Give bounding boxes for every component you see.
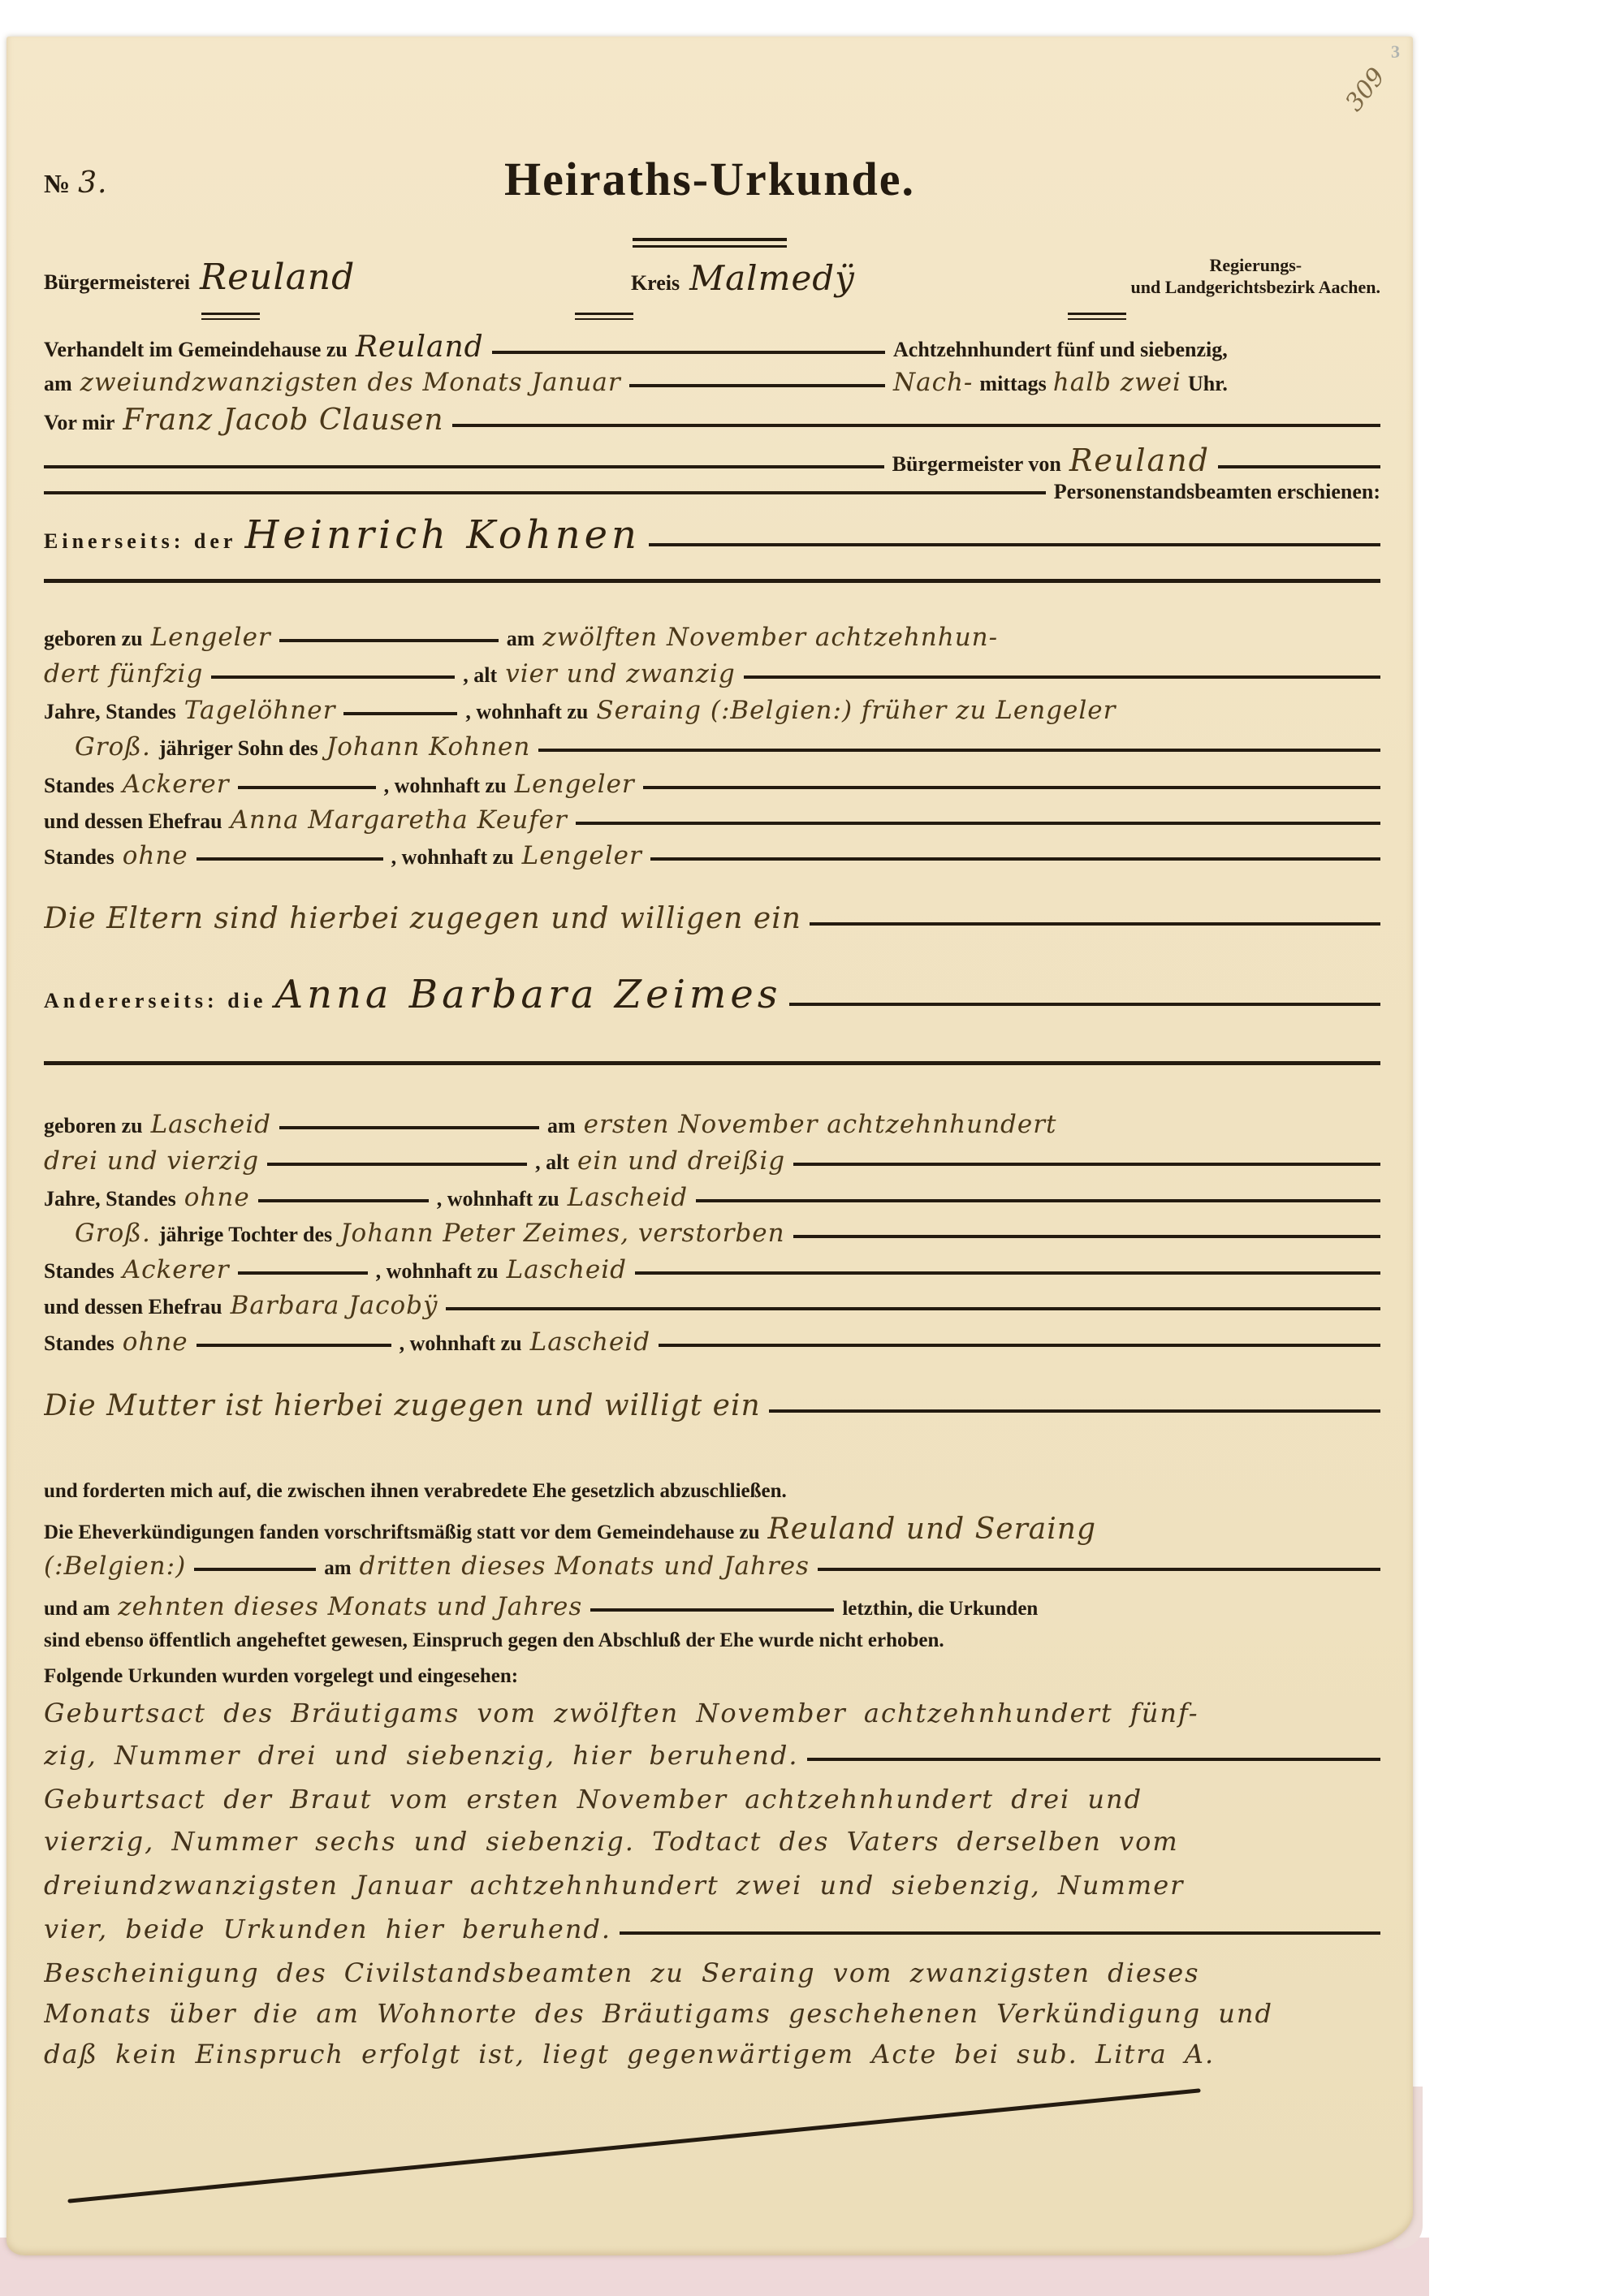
- region-line2: und Landgerichtsbezirk Aachen.: [1131, 276, 1380, 298]
- fill-line: [789, 972, 1380, 1006]
- daughter-label: jährige Tochter des: [159, 1223, 332, 1247]
- am-label: am: [324, 1557, 351, 1580]
- bride-father-row: Groß. jährige Tochter des Johann Peter Z…: [44, 1219, 1380, 1248]
- document-line-text: Bescheinigung des Civilstandsbeamten zu …: [44, 1957, 1200, 1988]
- fill-line: [1218, 442, 1380, 468]
- banns-date1: dritten dieses Monats und Jahres: [360, 1552, 810, 1581]
- banns-date2: zehnten dieses Monats und Jahres: [118, 1592, 582, 1621]
- bride-mother-name: Barbara Jacobÿ: [231, 1291, 438, 1320]
- fill-line: [279, 1110, 539, 1129]
- negotiated-place: Reuland: [356, 330, 484, 364]
- banns-places: Reuland und Seraing: [768, 1513, 1097, 1546]
- banns-date2-row: und am zehnten dieses Monats und Jahres …: [44, 1592, 1380, 1621]
- uhr-label: Uhr.: [1188, 372, 1228, 396]
- bride-father-name: Johann Peter Zeimes, verstorben: [340, 1219, 784, 1248]
- groom-name-row: Einerseits: der Heinrich Kohnen: [44, 512, 1380, 558]
- document-line-text: Monats über die am Wohnorte des Bräutiga…: [44, 1998, 1273, 2029]
- fill-line: [793, 1219, 1380, 1238]
- time-prefix: Nach-: [893, 368, 973, 397]
- fill-line: [620, 1914, 1380, 1935]
- mother-consent-row: Die Mutter ist hierbei zugegen und willi…: [44, 1389, 1380, 1422]
- mayor-of-label: Bürgermeister von: [892, 452, 1061, 477]
- bride-residence: Lascheid: [568, 1183, 688, 1212]
- bride-side-label: Andererseits: die: [44, 989, 266, 1013]
- document-line-text: dreiundzwanzigsten Januar achtzehnhunder…: [44, 1870, 1184, 1901]
- wohnhaft-label: , wohnhaft zu: [376, 1259, 499, 1284]
- son-label: jähriger Sohn des: [159, 736, 318, 761]
- request-row: und forderten mich auf, die zwischen ihn…: [44, 1480, 1380, 1503]
- bride-mother-row: und dessen Ehefrau Barbara Jacobÿ: [44, 1291, 1380, 1320]
- fill-line: [744, 659, 1380, 679]
- no-objection-text: sind ebenso öffentlich angeheftet gewese…: [44, 1629, 944, 1652]
- fill-line: [343, 696, 457, 715]
- fill-line: [197, 1327, 391, 1347]
- bride-name: Anna Barbara Zeimes: [274, 972, 781, 1017]
- wohnhaft-label: , wohnhaft zu: [437, 1187, 559, 1211]
- jahre-standes-label: Jahre, Standes: [44, 700, 176, 724]
- fill-line: [649, 512, 1380, 546]
- county-value: Malmedÿ: [689, 258, 855, 298]
- am-label: am: [507, 627, 535, 651]
- banns-row: Die Eheverkündigungen fanden vorschrifts…: [44, 1513, 1380, 1546]
- fill-line: [659, 1327, 1380, 1347]
- fill-line: [279, 623, 499, 642]
- mother-consent-text: Die Mutter ist hierbei zugegen und willi…: [44, 1389, 761, 1422]
- fill-line: [696, 1183, 1380, 1202]
- fill-line: [590, 1592, 834, 1612]
- bride-born-row: geboren zu Lascheid am ersten November a…: [44, 1110, 1380, 1139]
- closing-stroke: [55, 2065, 1241, 2211]
- fill-line: [44, 480, 1046, 494]
- fill-line: [194, 1552, 316, 1571]
- groom-gross: Groß.: [75, 732, 151, 762]
- rule-line: [44, 579, 1380, 583]
- alt-label: , alt: [535, 1150, 569, 1175]
- groom-father-occupation: Ackerer: [123, 770, 230, 799]
- am-label: am: [44, 372, 72, 396]
- fill-line: [576, 805, 1380, 825]
- standes-label: Standes: [44, 845, 114, 870]
- fill-line: [635, 1255, 1380, 1275]
- wohnhaft-label: , wohnhaft zu: [400, 1331, 522, 1356]
- fill-line: [452, 404, 1380, 427]
- standes-label: Standes: [44, 774, 114, 798]
- page-title: Heiraths-Urkunde.: [6, 152, 1413, 206]
- county-underline: [575, 313, 633, 320]
- document-line: vier, beide Urkunden hier beruhend.: [44, 1914, 1380, 1944]
- bride-mother-occupation-row: Standes ohne , wohnhaft zu Lascheid: [44, 1327, 1380, 1357]
- county-group: Kreis Malmedÿ: [631, 258, 855, 298]
- mittags-label: mittags: [979, 372, 1046, 396]
- bride-born-date1: ersten November achtzehnhundert: [584, 1110, 1057, 1139]
- standes-label: Standes: [44, 1331, 114, 1356]
- bride-mother-standes: ohne: [123, 1327, 188, 1357]
- fill-line: [238, 770, 376, 789]
- groom-mother-occupation-row: Standes ohne , wohnhaft zu Lengeler: [44, 841, 1380, 870]
- district-group: Bürgermeisterei Reuland: [44, 257, 355, 298]
- groom-father-residence: Lengeler: [515, 770, 635, 799]
- document-line: dreiundzwanzigsten Januar achtzehnhunder…: [44, 1870, 1380, 1901]
- bride-born-place: Lascheid: [151, 1110, 271, 1139]
- groom-side-label: Einerseits: der: [44, 529, 236, 554]
- district-underline: [201, 313, 260, 320]
- ehefrau-label: und dessen Ehefrau: [44, 1295, 222, 1319]
- bride-name-row: Andererseits: die Anna Barbara Zeimes: [44, 972, 1380, 1017]
- letzthin-label: letzthin, die Urkunden: [842, 1598, 1038, 1621]
- fill-line: [238, 1255, 368, 1275]
- before-me-label: Vor mir: [44, 411, 114, 435]
- document-line-text: vierzig, Nummer sechs und siebenzig. Tod…: [44, 1826, 1179, 1857]
- mayor-row: Bürgermeister von Reuland: [44, 442, 1380, 478]
- groom-mother-residence: Lengeler: [522, 841, 642, 870]
- appeared-row: Personenstandsbeamten erschienen:: [44, 480, 1380, 504]
- groom-born-row: geboren zu Lengeler am zwölften November…: [44, 623, 1380, 652]
- fill-line: [446, 1291, 1380, 1310]
- bride-age: ein und dreißig: [577, 1146, 785, 1176]
- corner-digit: 3: [1391, 41, 1400, 63]
- registrar-name: Franz Jacob Clausen: [123, 404, 443, 437]
- groom-age: vier und zwanzig: [505, 659, 735, 688]
- parents-consent-row: Die Eltern sind hierbei zugegen und will…: [44, 902, 1380, 935]
- am-label: am: [547, 1114, 576, 1138]
- groom-residence: Seraing (:Belgien:) früher zu Lengeler: [596, 696, 1116, 725]
- bride-occupation: ohne: [184, 1183, 250, 1212]
- wohnhaft-label: , wohnhaft zu: [384, 774, 507, 798]
- document-line-text: Geburtsact der Braut vom ersten November…: [44, 1784, 1142, 1815]
- negotiated-row: Verhandelt im Gemeindehause zu Reuland A…: [44, 330, 1380, 364]
- banns-printed: Die Eheverkündigungen fanden vorschrifts…: [44, 1521, 760, 1544]
- ehefrau-label: und dessen Ehefrau: [44, 809, 222, 834]
- jahre-standes-label: Jahre, Standes: [44, 1187, 176, 1211]
- document-line: Monats über die am Wohnorte des Bräutiga…: [44, 1998, 1380, 2029]
- document-line: vierzig, Nummer sechs und siebenzig. Tod…: [44, 1826, 1380, 1857]
- bride-gross: Groß.: [75, 1219, 151, 1248]
- bride-father-residence: Lascheid: [507, 1255, 627, 1284]
- district-label: Bürgermeisterei: [44, 270, 190, 295]
- fill-line: [267, 1146, 527, 1166]
- region-line1: Regierungs-: [1131, 254, 1380, 276]
- mayor-of-place: Reuland: [1069, 442, 1210, 478]
- groom-occupation: Tagelöhner: [184, 696, 336, 725]
- groom-father-occupation-row: Standes Ackerer , wohnhaft zu Lengeler: [44, 770, 1380, 799]
- title-underline: [633, 238, 787, 248]
- negotiated-label: Verhandelt im Gemeindehause zu: [44, 338, 348, 362]
- born-label: geboren zu: [44, 627, 143, 651]
- document-line: Geburtsact der Braut vom ersten November…: [44, 1784, 1380, 1815]
- banns-date1-row: (:Belgien:) am dritten dieses Monats und…: [44, 1552, 1380, 1581]
- fill-line: [807, 1740, 1380, 1761]
- fill-line: [629, 368, 885, 387]
- rule-line: [44, 1061, 1380, 1065]
- groom-occupation-row: Jahre, Standes Tagelöhner , wohnhaft zu …: [44, 696, 1380, 725]
- fill-line: [650, 841, 1380, 861]
- region-underline: [1068, 313, 1126, 320]
- born-label: geboren zu: [44, 1114, 143, 1138]
- groom-mother-name: Anna Margaretha Keufer: [231, 805, 568, 835]
- und-am-label: und am: [44, 1598, 110, 1621]
- no-objection-row: sind ebenso öffentlich angeheftet gewese…: [44, 1629, 1380, 1652]
- bride-father-occupation-row: Standes Ackerer , wohnhaft zu Lascheid: [44, 1255, 1380, 1284]
- standes-label: Standes: [44, 1259, 114, 1284]
- fill-line: [44, 442, 884, 468]
- groom-born-date1: zwölften November achtzehnhun-: [542, 623, 998, 652]
- document-line: zig, Nummer drei und siebenzig, hier ber…: [44, 1740, 1380, 1771]
- county-label: Kreis: [631, 271, 680, 296]
- district-value: Reuland: [200, 257, 355, 298]
- header-row: Bürgermeisterei Reuland Kreis Malmedÿ Re…: [44, 254, 1380, 298]
- groom-mother-row: und dessen Ehefrau Anna Margaretha Keufe…: [44, 805, 1380, 835]
- year-text: Achtzehnhundert fünf und siebenzig,: [893, 338, 1380, 362]
- request-text: und forderten mich auf, die zwischen ihn…: [44, 1480, 787, 1503]
- groom-born-date2: dert fünfzig: [44, 659, 203, 688]
- bride-occupation-row: Jahre, Standes ohne , wohnhaft zu Lasche…: [44, 1183, 1380, 1212]
- wohnhaft-label: , wohnhaft zu: [465, 700, 588, 724]
- document-line: Geburtsact des Bräutigams vom zwölften N…: [44, 1698, 1380, 1728]
- fill-line: [258, 1183, 429, 1202]
- appeared-label: Personenstandsbeamten erschienen:: [1054, 480, 1380, 504]
- groom-father-row: Groß. jähriger Sohn des Johann Kohnen: [44, 732, 1380, 762]
- fill-line: [211, 659, 455, 679]
- bride-age-row: drei und vierzig , alt ein und dreißig: [44, 1146, 1380, 1176]
- fill-line: [643, 770, 1380, 789]
- bride-father-occupation: Ackerer: [123, 1255, 230, 1284]
- fill-line: [818, 1552, 1380, 1571]
- fill-line: [793, 1146, 1380, 1166]
- time-group: Nach- mittags halb zwei Uhr.: [893, 368, 1380, 397]
- folio-number: 309: [1340, 63, 1391, 117]
- fill-line: [538, 732, 1380, 752]
- registrar-row: Vor mir Franz Jacob Clausen: [44, 404, 1380, 437]
- fill-line: [769, 1389, 1380, 1413]
- documents-heading: Folgende Urkunden wurden vorgelegt und e…: [44, 1665, 518, 1688]
- fill-line: [492, 330, 885, 354]
- parents-consent-text: Die Eltern sind hierbei zugegen und will…: [44, 902, 801, 935]
- fill-line: [810, 902, 1380, 926]
- document-line: Bescheinigung des Civilstandsbeamten zu …: [44, 1957, 1380, 1988]
- date-row: am zweiundzwanzigsten des Monats Januar …: [44, 368, 1380, 397]
- belgien-note: (:Belgien:): [44, 1552, 186, 1581]
- region-group: Regierungs- und Landgerichtsbezirk Aache…: [1131, 254, 1380, 298]
- alt-label: , alt: [463, 663, 497, 688]
- fill-line: [197, 841, 383, 861]
- groom-father-name: Johann Kohnen: [326, 732, 531, 762]
- document-line-text: Geburtsact des Bräutigams vom zwölften N…: [44, 1698, 1199, 1728]
- bride-born-date2: drei und vierzig: [44, 1146, 259, 1176]
- groom-age-row: dert fünfzig , alt vier und zwanzig: [44, 659, 1380, 688]
- document-line-text: vier, beide Urkunden hier beruhend.: [44, 1914, 611, 1944]
- groom-mother-standes: ohne: [123, 841, 188, 870]
- documents-heading-row: Folgende Urkunden wurden vorgelegt und e…: [44, 1665, 1380, 1688]
- groom-born-place: Lengeler: [151, 623, 271, 652]
- wohnhaft-label: , wohnhaft zu: [391, 845, 514, 870]
- time-value: halb zwei: [1053, 368, 1181, 397]
- document-line-text: zig, Nummer drei und siebenzig, hier ber…: [44, 1740, 799, 1771]
- groom-name: Heinrich Kohnen: [244, 512, 641, 558]
- certificate-page: 3 309 № 3. Heiraths-Urkunde. Bürgermeist…: [6, 37, 1413, 2255]
- bride-mother-residence: Lascheid: [530, 1327, 650, 1357]
- date-text: zweiundzwanzigsten des Monats Januar: [80, 368, 621, 397]
